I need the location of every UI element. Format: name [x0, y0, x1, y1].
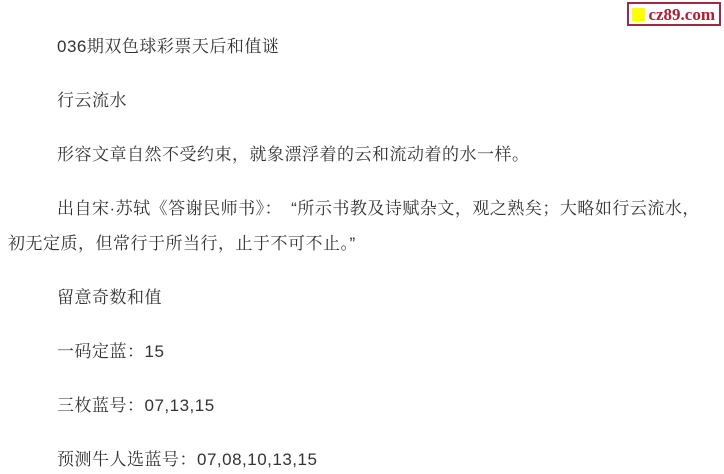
- yellow-square-icon: [632, 8, 645, 21]
- site-logo[interactable]: cz89.com: [627, 2, 721, 26]
- blue-pick-one: 一码定蓝：15: [8, 334, 716, 369]
- article-body: 036期双色球彩票天后和值谜 行云流水 形容文章自然不受约束，就象漂浮着的云和流…: [0, 0, 724, 474]
- article-title: 036期双色球彩票天后和值谜: [8, 29, 716, 64]
- hint-odd-sum: 留意奇数和值: [8, 280, 716, 315]
- site-logo-text: cz89.com: [648, 6, 715, 23]
- idiom-name: 行云流水: [8, 83, 716, 118]
- blue-pick-three: 三枚蓝号：07,13,15: [8, 388, 716, 423]
- blue-pick-five: 预测牛人选蓝号：07,08,10,13,15: [8, 442, 716, 474]
- idiom-source-quote: 出自宋·苏轼《答谢民师书》： “所示书教及诗赋杂文，观之熟矣；大略如行云流水，初…: [8, 191, 716, 261]
- idiom-explanation: 形容文章自然不受约束，就象漂浮着的云和流动着的水一样。: [8, 137, 716, 172]
